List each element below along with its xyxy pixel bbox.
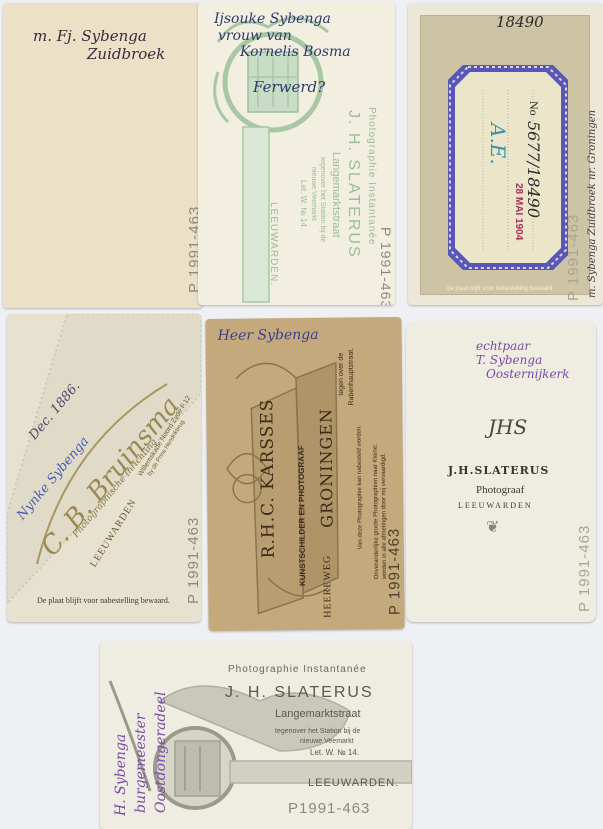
accession-number: P 1991-463 xyxy=(386,528,404,615)
studio-note: Van deze Photographie kan nabesteld word… xyxy=(356,425,363,549)
handwriting-line: burgemeester xyxy=(134,713,148,813)
handwriting-line: Zuidbroek xyxy=(87,47,165,62)
date-stamp: 28 MAI 1904 xyxy=(513,183,523,240)
card-footer: De plaat blijft voor nabestelling bewaar… xyxy=(446,286,552,292)
studio-address-line: nieuwe Veemarkt xyxy=(300,738,354,745)
label-number: 5677/18490 xyxy=(525,121,541,218)
address-note: tegen over de xyxy=(338,353,345,396)
studio-address-line: nieuwe Veemarkt xyxy=(310,167,317,221)
label-frame xyxy=(448,65,568,270)
ornament-flourish: ❦ xyxy=(486,520,499,536)
studio-address-line: tegenover het Station bij de xyxy=(319,157,326,242)
studio-city: LEEUWARDEN xyxy=(458,502,533,510)
studio-name: J.H.SLATERUS xyxy=(448,465,549,476)
handwriting-line: vrouw van xyxy=(218,29,292,43)
accession-number: P 1991-463 xyxy=(576,525,593,612)
handwriting-line: Oosternijkerk xyxy=(486,368,570,380)
card-footer: De plaat blijft voor nabestelling bewaar… xyxy=(37,597,170,605)
handwriting-line: Heer Sybenga xyxy=(217,328,318,343)
studio-lot: Let. W. № 14. xyxy=(310,749,359,757)
studio-street: Langemarktstraat xyxy=(275,709,361,720)
label-initials: A.E. xyxy=(488,123,508,165)
photo-card-1: m. Fj. Sybenga Zuidbroek P 1991-463 xyxy=(3,3,203,308)
photo-card-2: Photographie Instantanée J. H. SLATERUS … xyxy=(198,2,395,305)
photo-card-7: Photographie Instantanée J. H. SLATERUS … xyxy=(100,641,412,829)
photo-card-6: echtpaar T. Sybenga Oosternijkerk JHS J.… xyxy=(406,322,596,622)
studio-name: J. H. SLATERUS xyxy=(345,110,361,259)
studio-city: LEEUWARDEN. xyxy=(308,778,399,789)
studio-city: GRONINGEN xyxy=(318,408,335,528)
side-note: m. Sybenga Zuidbroek nr. Groningen xyxy=(588,110,598,298)
studio-street: HEEREWEG xyxy=(323,555,334,618)
handwriting-line: Ijsouke Sybenga xyxy=(214,12,331,26)
studio-profession: KUNSTSCHILDER EN PHOTOGRAAF xyxy=(298,445,307,586)
studio-tagline: Photographie Instantanée xyxy=(228,665,367,675)
accession-number: P 1991-463 xyxy=(379,227,393,305)
handwriting-line: Oostdongeradeel xyxy=(154,692,168,813)
studio-profession: Photograaf xyxy=(476,485,524,496)
photo-card-3: 18490 No 5677/18490 A.E. 28 MAI 1904 De … xyxy=(408,3,603,305)
handwriting-line: Ferwerd? xyxy=(253,80,325,95)
studio-city: LEEUWARDEN. xyxy=(268,202,278,286)
studio-name: R.H.C. KARSSES xyxy=(259,399,278,559)
studio-address-line: tegenover het Station bij de xyxy=(275,728,360,735)
accession-number: P 1991-463 xyxy=(565,214,582,301)
handwriting-line: Kornelis Bosma xyxy=(240,45,351,59)
handwritten-number: 18490 xyxy=(496,15,544,30)
handwriting-line: T. Sybenga xyxy=(476,354,542,366)
handwriting-line: m. Fj. Sybenga xyxy=(33,29,147,44)
studio-street: Langemarktstraat xyxy=(330,152,341,238)
studio-name: J. H. SLATERUS xyxy=(225,685,374,701)
studio-tagline: Photographie Instantanée xyxy=(366,107,376,246)
handwriting-line: echtpaar xyxy=(476,340,530,352)
label-number-prefix: No xyxy=(528,101,540,116)
studio-monogram: JHS xyxy=(488,417,527,437)
photo-card-5: Heer Sybenga R.H.C. KARSSES KUNSTSCHILDE… xyxy=(205,317,404,631)
studio-lot: Let. W. № 14. xyxy=(299,180,307,229)
handwriting-line: H. Sybenga xyxy=(114,734,128,816)
photo-card-4: Dec. 1886. Nynke Sybenga C. B. Bruinsma … xyxy=(7,314,201,622)
accession-number: P 1991-463 xyxy=(185,517,201,604)
address-note: Rabenhauptstraat. xyxy=(348,348,356,406)
accession-number: P1991-463 xyxy=(288,801,370,816)
